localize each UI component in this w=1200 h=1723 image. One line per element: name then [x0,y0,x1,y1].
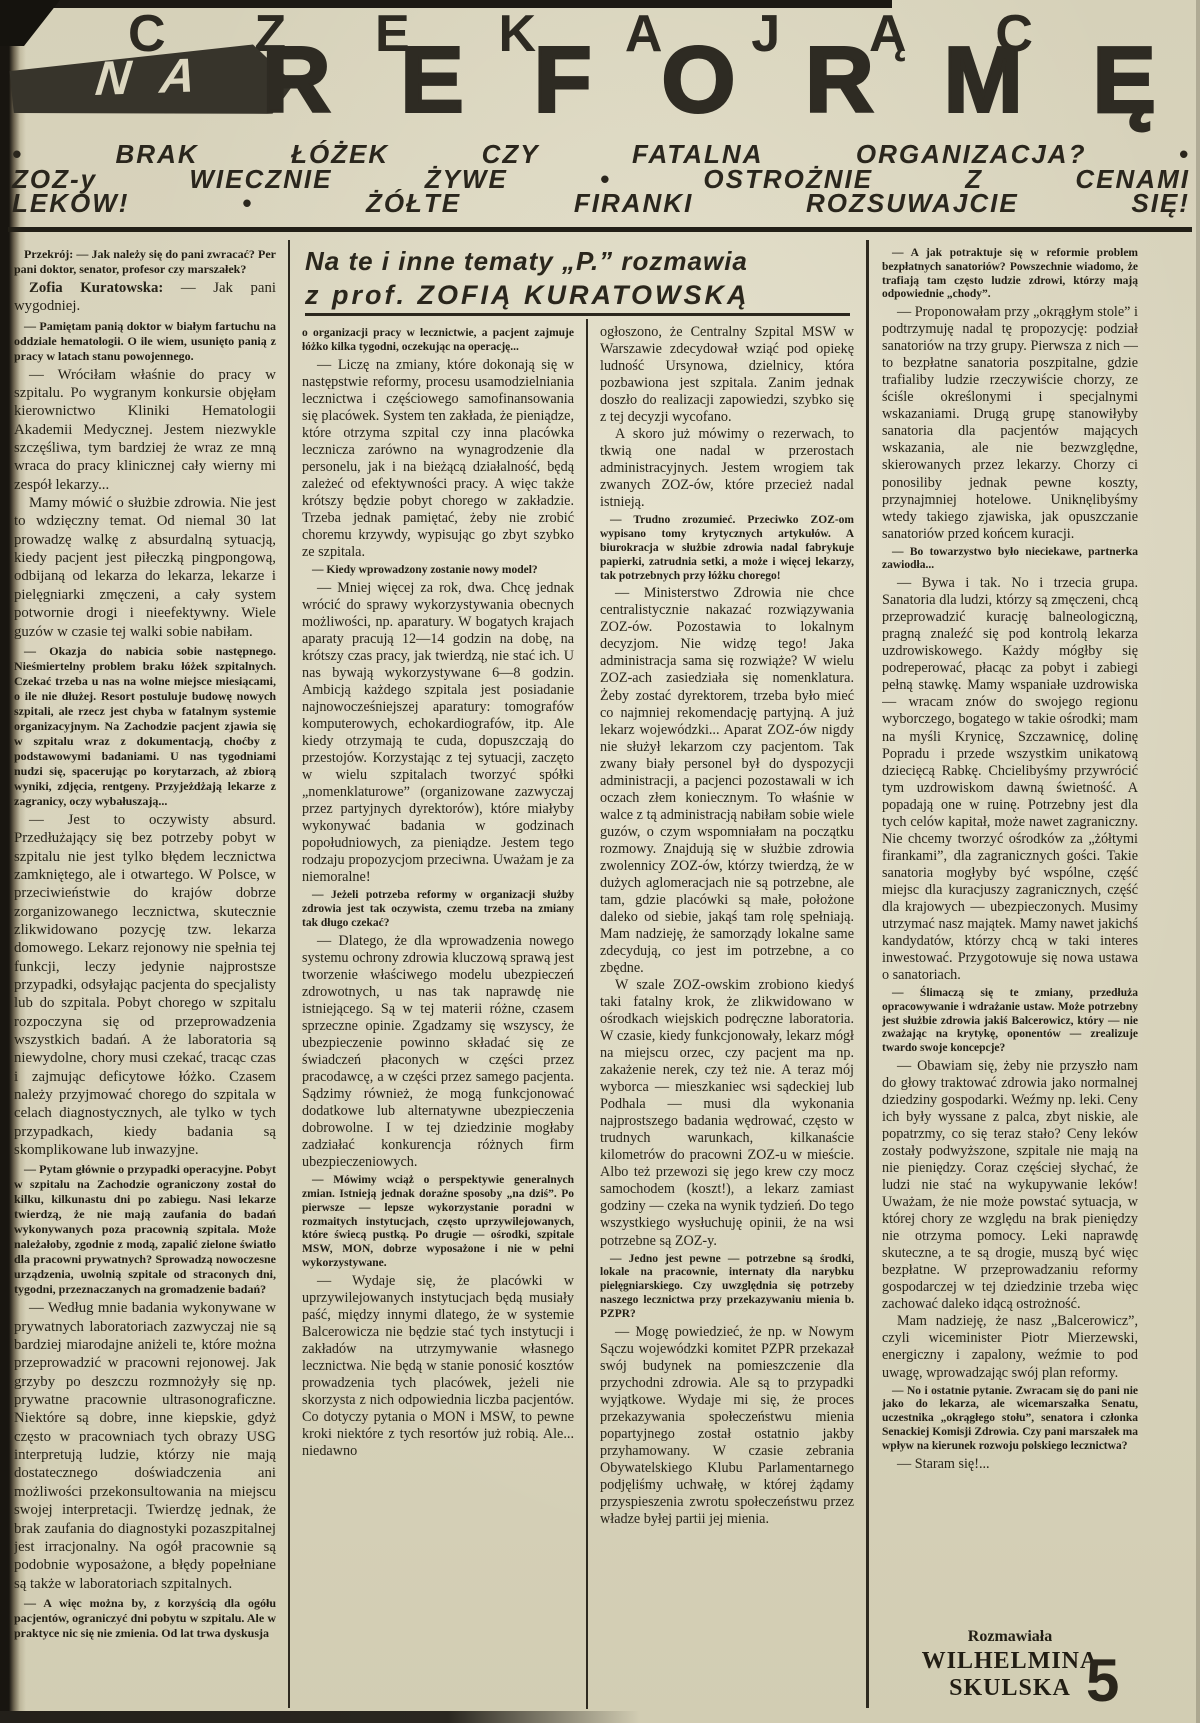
page-number: 5 [1086,1646,1119,1715]
interview-answer: — Obawiam się, żeby nie przyszło nam do … [882,1058,1138,1313]
interview-answer: — Liczę na zmiany, które dokonają się w … [302,357,574,561]
column-divider [586,319,588,1709]
interview-question: — Pytam głównie o przypadki operacyjne. … [14,1162,276,1297]
interview-answer: ogłoszono, że Centralny Szpital MSW w Wa… [600,324,854,426]
interview-question: Przekrój: — Jak należy się do pani zwrac… [14,247,276,277]
standfirst-line-2: z prof. ZOFIĄ KURATOWSKĄ [305,280,853,311]
interview-answer: — Mogę powiedzieć, że np. w Nowym Sączu … [600,1324,854,1528]
interview-question: — Kiedy wprowadzony zostanie nowy model? [302,564,574,578]
article-column-1: Przekrój: — Jak należy się do pani zwrac… [14,244,276,1664]
article-column-2: o organizacji pracy w lecznictwie, a pac… [302,324,574,1696]
interview-question: — Pamiętam panią doktor w białym fartuch… [14,319,276,364]
interview-question: — A więc można by, z korzyścią dla ogółu… [14,1596,276,1641]
interview-answer: — Staram się!... [882,1456,1138,1473]
headline-title: REFORMĘ [262,27,1156,134]
headline-banner-word: NA [93,47,228,107]
speaker-name: Przekrój: [24,247,76,261]
standfirst: Na te i inne tematy „P.” rozmawia z prof… [305,246,853,311]
interview-question: — Okazja do nabicia sobie następnego. Ni… [14,644,276,809]
interview-answer: — Wydaje się, że placówki w uprzywilejow… [302,1273,574,1460]
interview-answer: A skoro już mówimy o rezerwach, to tkwią… [600,426,854,511]
scan-bottom-edge [0,1711,640,1723]
scan-right-edge [1196,0,1200,1723]
interview-question: — Jeżeli potrzeba reformy w organizacji … [302,889,574,930]
interview-answer: — Proponowałam przy „okrągłym stole” i p… [882,304,1138,542]
column-divider [866,240,869,1708]
article-column-4: — A jak potraktuje się w reformie proble… [882,244,1138,1626]
masthead-rule [8,227,1192,232]
interview-question: — Ślimaczą się te zmiany, przedłuża opra… [882,987,1138,1056]
interview-answer: — Mniej więcej za rok, dwa. Chcę jednak … [302,580,574,887]
interview-answer: — Wróciłam właśnie do pracy w szpitalu. … [14,366,276,494]
standfirst-line-1: Na te i inne tematy „P.” rozmawia [305,246,853,277]
scan-corner-mark [0,0,60,46]
interview-answer: Mamy mówić o służbie zdrowia. Nie jest t… [14,494,276,641]
column-divider [288,240,290,1708]
interview-answer: — Dlatego, że dla wprowadzenia nowego sy… [302,933,574,1171]
interview-answer: — Bywa i tak. No i trzecia grupa. Sanato… [882,575,1138,984]
interview-answer: — Ministerstwo Zdrowia nie chce centrali… [600,585,854,977]
interview-answer: Zofia Kuratowska: — Jak pani wygodniej. [14,279,276,316]
standfirst-rule [305,313,850,316]
interview-question: — A jak potraktuje się w reformie proble… [882,247,1138,302]
article-column-3: ogłoszono, że Centralny Szpital MSW w Wa… [600,324,854,1696]
interview-question: — Jedno jest pewne — potrzebne są środki… [600,1253,854,1322]
interview-question: — No i ostatnie pytanie. Zwracam się do … [882,1385,1138,1454]
interview-answer: Mam nadzieję, że nasz „Balcerowicz”, czy… [882,1313,1138,1381]
speaker-name: Zofia Kuratowska: [29,280,181,296]
interview-question: — Bo towarzystwo było nieciekawe, partne… [882,546,1138,574]
interview-question: o organizacji pracy w lecznictwie, a pac… [302,327,574,355]
interview-question: — Trudno zrozumieć. Przeciwko ZOZ-om wyp… [600,514,854,583]
interview-answer: — Według mnie badania wykonywane w prywa… [14,1299,276,1593]
interview-answer: W szale ZOZ-owskim zrobiono kiedyś taki … [600,977,854,1250]
interview-answer: — Jest to oczywisty absurd. Przedłużając… [14,811,276,1160]
byline-label: Rozmawiała [882,1628,1138,1646]
subhead-line-3: LEKÓW!•ŻÓŁTEFIRANKIROZSUWAJCIESIĘ! [12,188,1190,219]
interview-question: — Mówimy wciąż o perspektywie generalnyc… [302,1174,574,1271]
newspaper-page: { "masthead": { "kicker": "CZEKAJĄC", "b… [0,0,1200,1723]
